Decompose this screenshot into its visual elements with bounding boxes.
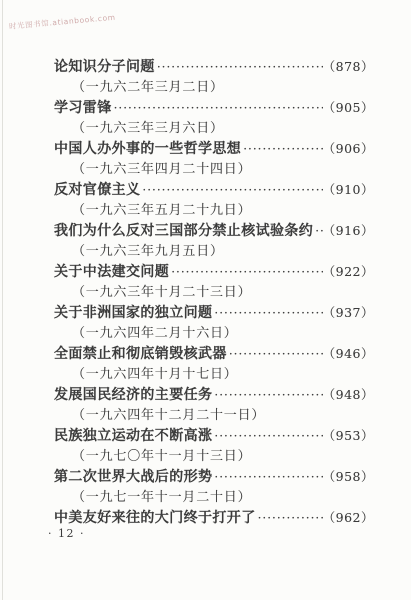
entry-page-number: （937）	[323, 303, 374, 324]
toc-entry: 中国人办外事的一些哲学思想 ··························…	[54, 139, 374, 180]
table-of-contents: 论知识分子问题 ································…	[54, 57, 374, 529]
folio-page-number: · 12 ·	[48, 527, 85, 540]
dot-leader: ········································…	[227, 344, 323, 365]
library-watermark: 时光图书馆.atianbook.com	[9, 12, 116, 32]
entry-title: 全面禁止和彻底销毁核武器	[54, 344, 227, 365]
entry-title: 民族独立运动在不断高涨	[54, 426, 212, 447]
entry-page-number: （958）	[323, 467, 374, 488]
dot-leader: ········································…	[241, 139, 322, 160]
dot-leader: ········································…	[313, 221, 322, 242]
entry-date: （一九六三年三月六日）	[54, 119, 374, 140]
entry-title: 学习雷锋	[54, 98, 112, 119]
entry-page-number: （922）	[323, 262, 374, 283]
entry-page-number: （878）	[323, 57, 374, 78]
dot-leader: ········································…	[212, 467, 322, 488]
page-edge-line	[2, 0, 3, 600]
scanned-book-page: 时光图书馆.atianbook.com 论知识分子问题 ············…	[0, 0, 411, 600]
entry-date: （一九六四年二月十六日）	[54, 324, 374, 345]
toc-entry: 反对官僚主义 ·································…	[54, 180, 374, 221]
entry-page-number: （953）	[323, 426, 374, 447]
dot-leader: ········································…	[212, 426, 322, 447]
entry-page-number: （962）	[323, 508, 374, 529]
entry-title: 发展国民经济的主要任务	[54, 385, 212, 406]
dot-leader: ········································…	[140, 180, 322, 201]
entry-date: （一九七一年十一月二十日）	[54, 488, 374, 509]
toc-entry: 全面禁止和彻底销毁核武器 ···························…	[54, 344, 374, 385]
dot-leader: ········································…	[169, 262, 322, 283]
entry-title: 反对官僚主义	[54, 180, 140, 201]
toc-entry: 中美友好来往的大门终于打开了 ·························…	[54, 508, 374, 529]
entry-title: 关于非洲国家的独立问题	[54, 303, 212, 324]
entry-date: （一九六二年三月二日）	[54, 78, 374, 99]
toc-entry: 发展国民经济的主要任务 ····························…	[54, 385, 374, 426]
entry-title: 中美友好来往的大门终于打开了	[54, 508, 256, 529]
entry-title: 第二次世界大战后的形势	[54, 467, 212, 488]
entry-title: 我们为什么反对三国部分禁止核试验条约	[54, 221, 313, 242]
dot-leader: ········································…	[155, 57, 323, 78]
toc-entry: 学习雷锋 ···································…	[54, 98, 374, 139]
entry-date: （一九六三年四月二十四日）	[54, 160, 374, 181]
toc-entry: 第二次世界大战后的形势 ····························…	[54, 467, 374, 508]
entry-date: （一九六三年十月二十三日）	[54, 283, 374, 304]
entry-date: （一九六三年五月二十九日）	[54, 201, 374, 222]
dot-leader: ········································…	[212, 385, 322, 406]
entry-title: 关于中法建交问题	[54, 262, 169, 283]
entry-page-number: （910）	[323, 180, 374, 201]
entry-date: （一九六三年九月五日）	[54, 242, 374, 263]
entry-page-number: （946）	[323, 344, 374, 365]
dot-leader: ········································…	[256, 508, 323, 529]
entry-date: （一九六四年十二月二十一日）	[54, 406, 374, 427]
entry-page-number: （948）	[323, 385, 374, 406]
toc-entry: 论知识分子问题 ································…	[54, 57, 374, 98]
entry-date: （一九七〇年十一月十三日）	[54, 447, 374, 468]
toc-entry: 民族独立运动在不断高涨 ····························…	[54, 426, 374, 467]
toc-entry: 关于非洲国家的独立问题 ····························…	[54, 303, 374, 344]
entry-page-number: （906）	[323, 139, 374, 160]
toc-entry: 关于中法建交问题 ·······························…	[54, 262, 374, 303]
entry-title: 论知识分子问题	[54, 57, 155, 78]
entry-page-number: （905）	[323, 98, 374, 119]
entry-page-number: （916）	[323, 221, 374, 242]
toc-entry: 我们为什么反对三国部分禁止核试验条约 ·····················…	[54, 221, 374, 262]
entry-date: （一九六四年十月十七日）	[54, 365, 374, 386]
entry-title: 中国人办外事的一些哲学思想	[54, 139, 241, 160]
dot-leader: ········································…	[212, 303, 322, 324]
dot-leader: ········································…	[112, 98, 323, 119]
